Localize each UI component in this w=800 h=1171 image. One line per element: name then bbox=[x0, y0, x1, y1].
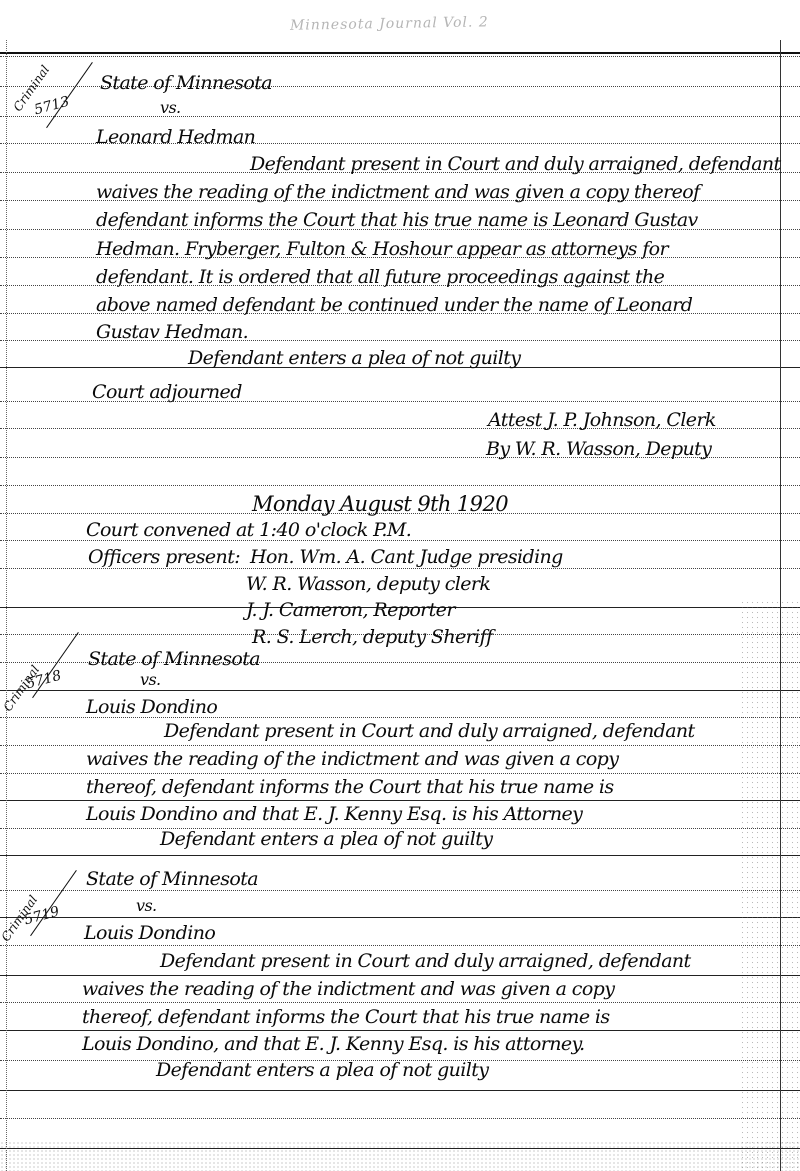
ruled-line bbox=[0, 1090, 800, 1091]
ruled-line bbox=[0, 855, 800, 856]
session-date: Monday August 9th 1920 bbox=[252, 494, 508, 515]
body-line: waives the reading of the indictment and… bbox=[86, 750, 618, 769]
ruled-line bbox=[0, 1002, 800, 1003]
attest-signature: Attest J. P. Johnson, Clerk bbox=[488, 411, 716, 430]
body-line: defendant informs the Court that his tru… bbox=[96, 211, 698, 230]
caption-state: State of Minnesota bbox=[100, 74, 272, 93]
plea-line: Defendant enters a plea of not guilty bbox=[188, 349, 520, 368]
body-line: waives the reading of the indictment and… bbox=[82, 980, 614, 999]
ruled-line bbox=[0, 890, 800, 891]
body-line: above named defendant be continued under… bbox=[96, 296, 692, 315]
header-rule bbox=[0, 52, 800, 57]
caption-vs: vs. bbox=[140, 672, 161, 688]
page-header-faint: Minnesota Journal Vol. 2 bbox=[290, 14, 489, 33]
ruled-line bbox=[0, 568, 800, 569]
ruled-line bbox=[0, 745, 800, 746]
officer-reporter: J. J. Cameron, Reporter bbox=[246, 601, 455, 620]
ruled-line bbox=[0, 1118, 800, 1119]
caption-state: State of Minnesota bbox=[88, 650, 260, 669]
body-line: Hedman. Fryberger, Fulton & Hoshour appe… bbox=[96, 240, 668, 259]
body-line: Defendant present in Court and duly arra… bbox=[250, 155, 781, 174]
officer-deputy-sheriff: R. S. Lerch, deputy Sheriff bbox=[252, 628, 492, 647]
left-margin-line bbox=[6, 40, 7, 1171]
defendant-name: Louis Dondino bbox=[86, 698, 217, 717]
ruled-line bbox=[0, 690, 800, 691]
ruled-line bbox=[0, 800, 800, 801]
body-line: Louis Dondino, and that E. J. Kenny Esq.… bbox=[82, 1035, 585, 1054]
ruled-line bbox=[0, 945, 800, 946]
plea-line: Defendant enters a plea of not guilty bbox=[156, 1061, 488, 1080]
ruled-line bbox=[0, 917, 800, 918]
scan-noise bbox=[740, 600, 800, 1171]
ruled-line bbox=[0, 485, 800, 486]
ruled-line bbox=[0, 116, 800, 117]
body-line: thereof, defendant informs the Court tha… bbox=[82, 1008, 610, 1027]
caption-state: State of Minnesota bbox=[86, 870, 258, 889]
body-line: thereof, defendant informs the Court tha… bbox=[86, 778, 614, 797]
case-number: 5713 bbox=[33, 94, 72, 119]
officer-deputy-clerk: W. R. Wasson, deputy clerk bbox=[246, 575, 490, 594]
court-adjourned: Court adjourned bbox=[92, 383, 242, 402]
caption-vs: vs. bbox=[136, 898, 157, 914]
court-convened: Court convened at 1:40 o'clock P.M. bbox=[86, 521, 411, 540]
officers-label: Officers present: bbox=[88, 548, 240, 567]
body-line: Gustav Hedman. bbox=[96, 323, 248, 342]
caption-vs: vs. bbox=[160, 100, 181, 116]
body-line: Defendant present in Court and duly arra… bbox=[164, 722, 695, 741]
ledger-page: Minnesota Journal Vol. 2 Criminal 5713 S… bbox=[0, 0, 800, 1171]
body-line: Louis Dondino and that E. J. Kenny Esq. … bbox=[86, 805, 582, 824]
defendant-name: Leonard Hedman bbox=[96, 128, 255, 147]
defendant-name: Louis Dondino bbox=[84, 924, 215, 943]
ruled-line bbox=[0, 1030, 800, 1031]
body-line: waives the reading of the indictment and… bbox=[96, 183, 700, 202]
ruled-line bbox=[0, 975, 800, 976]
officer-judge: Hon. Wm. A. Cant Judge presiding bbox=[250, 548, 563, 567]
ruled-line bbox=[0, 773, 800, 774]
body-line: Defendant present in Court and duly arra… bbox=[160, 952, 691, 971]
deputy-signature: By W. R. Wasson, Deputy bbox=[486, 440, 711, 459]
scan-noise-bottom bbox=[0, 1141, 800, 1171]
margin-slash bbox=[46, 62, 93, 128]
body-line: defendant. It is ordered that all future… bbox=[96, 268, 664, 287]
plea-line: Defendant enters a plea of not guilty bbox=[160, 830, 492, 849]
